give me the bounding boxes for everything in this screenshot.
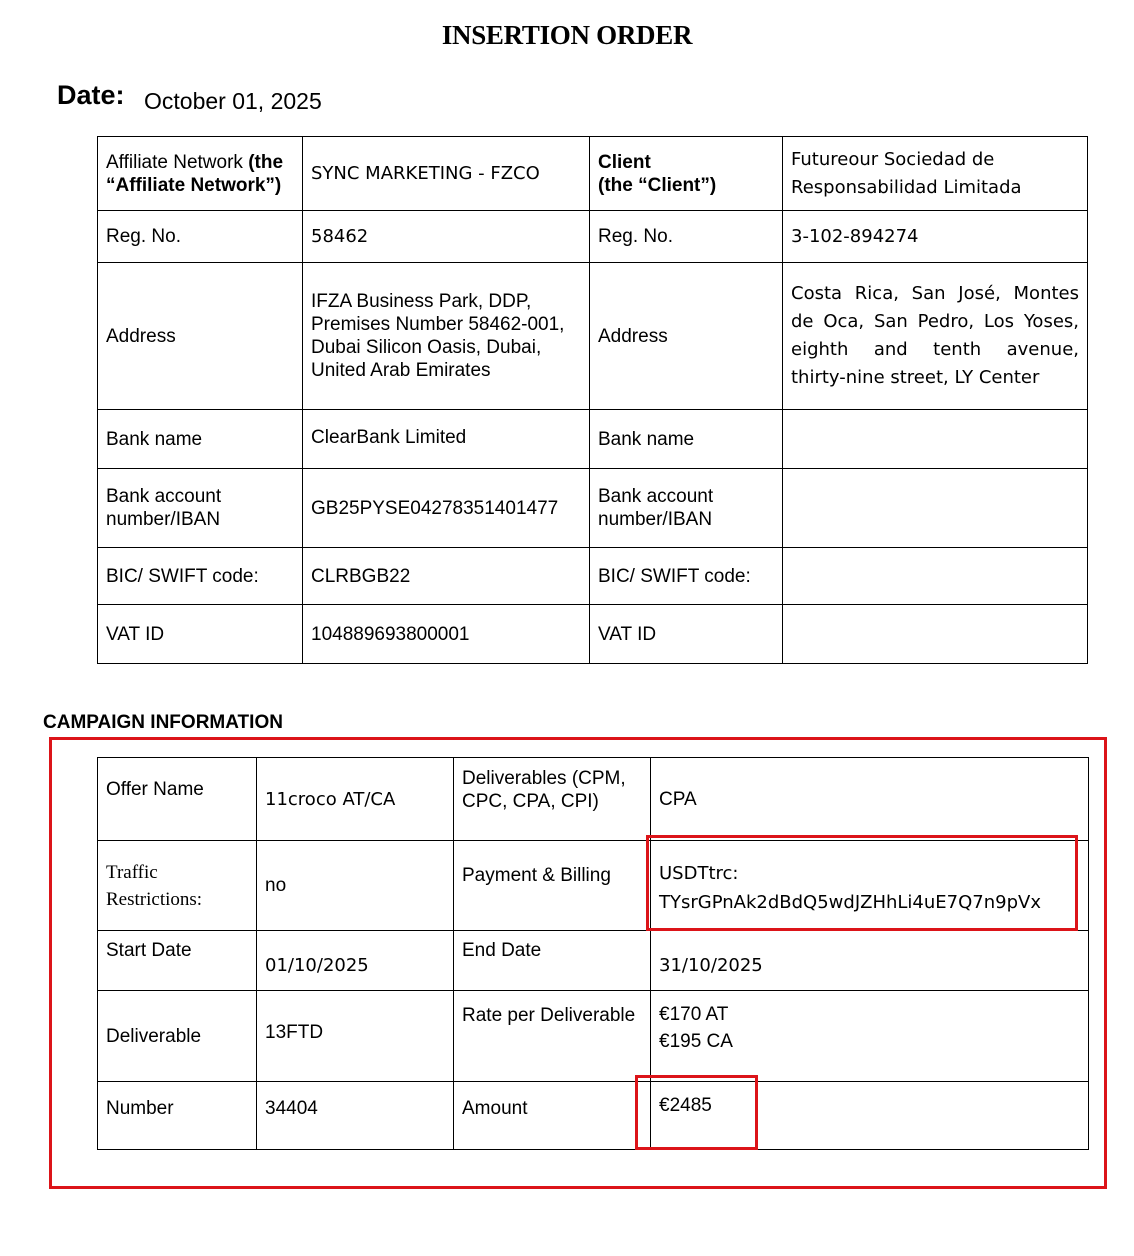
reg-no-label: Reg. No. <box>98 211 303 263</box>
affiliate-reg-no: 58462 <box>303 211 590 263</box>
client-name: Futureour Sociedad de Responsabilidad Li… <box>783 137 1088 211</box>
client-swift-label: BIC/ SWIFT code: <box>590 548 783 605</box>
affiliate-iban: GB25PYSE04278351401477 <box>303 469 590 548</box>
client-reg-no-label: Reg. No. <box>590 211 783 263</box>
affiliate-bank-name: ClearBank Limited <box>303 410 590 469</box>
table-row: Reg. No. 58462 Reg. No. 3-102-894274 <box>98 211 1088 263</box>
table-row: Bank name ClearBank Limited Bank name <box>98 410 1088 469</box>
amount-highlight-box <box>635 1075 758 1150</box>
document-title: INSERTION ORDER <box>0 20 1134 51</box>
client-bank-name <box>783 410 1088 469</box>
client-address: Costa Rica, San José, Montes de Oca, San… <box>783 263 1088 410</box>
client-iban-label: Bank account number/IBAN <box>590 469 783 548</box>
affiliate-address: IFZA Business Park, DDP, Premises Number… <box>303 263 590 410</box>
client-bank-name-label: Bank name <box>590 410 783 469</box>
table-row: Affiliate Network (the “Affiliate Networ… <box>98 137 1088 211</box>
bank-name-label: Bank name <box>98 410 303 469</box>
campaign-section-title: CAMPAIGN INFORMATION <box>43 712 283 734</box>
vat-label: VAT ID <box>98 605 303 664</box>
campaign-highlight-box <box>49 737 1107 1189</box>
affiliate-swift: CLRBGB22 <box>303 548 590 605</box>
wallet-highlight-box <box>646 835 1078 931</box>
parties-table: Affiliate Network (the “Affiliate Networ… <box>97 136 1088 664</box>
client-vat <box>783 605 1088 664</box>
client-swift <box>783 548 1088 605</box>
table-row: Bank account number/IBAN GB25PYSE0427835… <box>98 469 1088 548</box>
client-iban <box>783 469 1088 548</box>
date-value: October 01, 2025 <box>144 88 322 115</box>
client-address-label: Address <box>590 263 783 410</box>
table-row: BIC/ SWIFT code: CLRBGB22 BIC/ SWIFT cod… <box>98 548 1088 605</box>
client-reg-no: 3-102-894274 <box>783 211 1088 263</box>
table-row: Address IFZA Business Park, DDP, Premise… <box>98 263 1088 410</box>
affiliate-network-name: SYNC MARKETING - FZCO <box>303 137 590 211</box>
swift-label: BIC/ SWIFT code: <box>98 548 303 605</box>
client-vat-label: VAT ID <box>590 605 783 664</box>
date-label: Date: <box>57 80 125 111</box>
table-row: VAT ID 104889693800001 VAT ID <box>98 605 1088 664</box>
affiliate-vat: 104889693800001 <box>303 605 590 664</box>
iban-label: Bank account number/IBAN <box>98 469 303 548</box>
client-label: Client(the “Client”) <box>590 137 783 211</box>
address-label: Address <box>98 263 303 410</box>
affiliate-network-label: Affiliate Network (the “Affiliate Networ… <box>98 137 303 211</box>
